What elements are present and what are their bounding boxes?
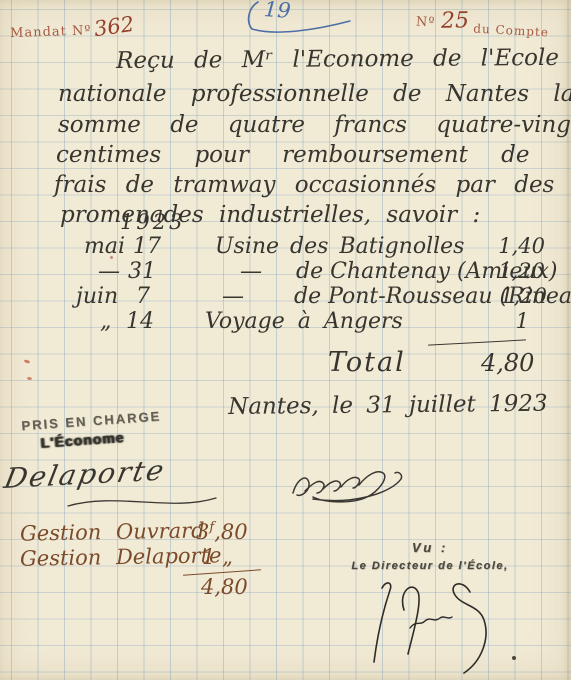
accounting-value: 1 „ xyxy=(202,545,233,569)
mandat-label: Mandat Nº xyxy=(10,23,92,41)
econome-signature-name: Delaporte xyxy=(2,454,169,495)
accounting-value: 3f,80 xyxy=(196,520,248,544)
row-month: „ xyxy=(100,309,111,334)
folio-flourish-stroke xyxy=(236,0,356,38)
table-row: — 31 — de Chantenay (Amieux) 1,20 xyxy=(0,259,571,285)
body-line-2: nationale professionnelle de Nantes la xyxy=(58,81,571,107)
body-line-4: centimes pour remboursement de xyxy=(56,142,529,168)
table-row: „ 14 Voyage à Angers 1 xyxy=(0,309,571,335)
total-value: 4,80 xyxy=(481,349,534,377)
scanned-receipt-document: Mandat Nº 362 19 Nº 25 du Compte Reçu de… xyxy=(0,0,571,680)
total-label: Total xyxy=(328,347,406,378)
compte-number: 25 xyxy=(440,8,468,33)
row-day: 14 xyxy=(126,309,154,334)
ink-speck xyxy=(24,359,31,364)
folio-number: 19 xyxy=(263,0,291,23)
accounting-sum: 4,80 xyxy=(201,575,248,599)
econome-signature: Delaporte xyxy=(8,462,167,495)
mandat-number: 362 xyxy=(93,12,136,41)
compte-label: du Compte xyxy=(473,22,549,40)
vu-stamp: Vu : Le Directeur de l'École, xyxy=(350,540,510,572)
accounting-label: Gestion Ouvrard xyxy=(20,518,205,545)
row-day: 17 xyxy=(133,234,161,259)
ink-speck xyxy=(110,256,113,259)
body-line-1: Reçu de Mʳ l'Econome de l'Ecole xyxy=(116,45,559,74)
row-amount: 1,20 xyxy=(500,284,547,308)
row-ditto: — xyxy=(222,284,244,309)
row-ditto: — xyxy=(240,259,262,284)
mandat-header: Mandat Nº 362 xyxy=(10,14,135,42)
body-line-5: frais de tramway occasionnés par des xyxy=(54,172,554,198)
teacher-signature xyxy=(283,447,428,507)
folio-annotation: 19 xyxy=(236,0,356,42)
row-amount: 1,20 xyxy=(498,259,545,283)
econome-signature-flourish xyxy=(66,494,221,514)
accounting-label: Gestion Delaporte xyxy=(20,543,222,571)
row-month: — xyxy=(98,259,120,284)
vu-stamp-line-1: Vu : xyxy=(350,540,510,555)
pris-en-charge-stamp: PRIS EN CHARGE L'Économe xyxy=(21,410,143,452)
body-line-3: somme de quatre francs quatre-vingts xyxy=(58,112,571,138)
row-amount: 1 xyxy=(516,309,529,333)
table-row: mai 17 Usine des Batignolles 1,40 xyxy=(0,234,571,260)
table-year: 1923 xyxy=(120,210,185,234)
row-desc: Usine des Batignolles xyxy=(215,234,464,259)
row-month: juin xyxy=(76,284,118,309)
compte-header: Nº 25 du Compte xyxy=(415,7,549,39)
row-day: 7 xyxy=(136,284,150,309)
director-signature xyxy=(352,576,532,676)
table-row: juin 7 — de Pont-Rousseau (Rineau) 1,20 xyxy=(0,284,571,310)
row-day: 31 xyxy=(128,259,156,284)
ink-speck xyxy=(27,377,32,381)
row-amount: 1,40 xyxy=(498,234,545,258)
vu-stamp-line-2: Le Directeur de l'École, xyxy=(350,560,510,572)
row-desc: Voyage à Angers xyxy=(205,309,403,334)
dateline: Nantes, le 31 juillet 1923 xyxy=(228,391,548,420)
row-month: mai xyxy=(84,234,125,259)
ink-dot xyxy=(512,656,516,660)
compte-no-label: Nº xyxy=(416,15,436,31)
total-rule xyxy=(428,339,526,345)
